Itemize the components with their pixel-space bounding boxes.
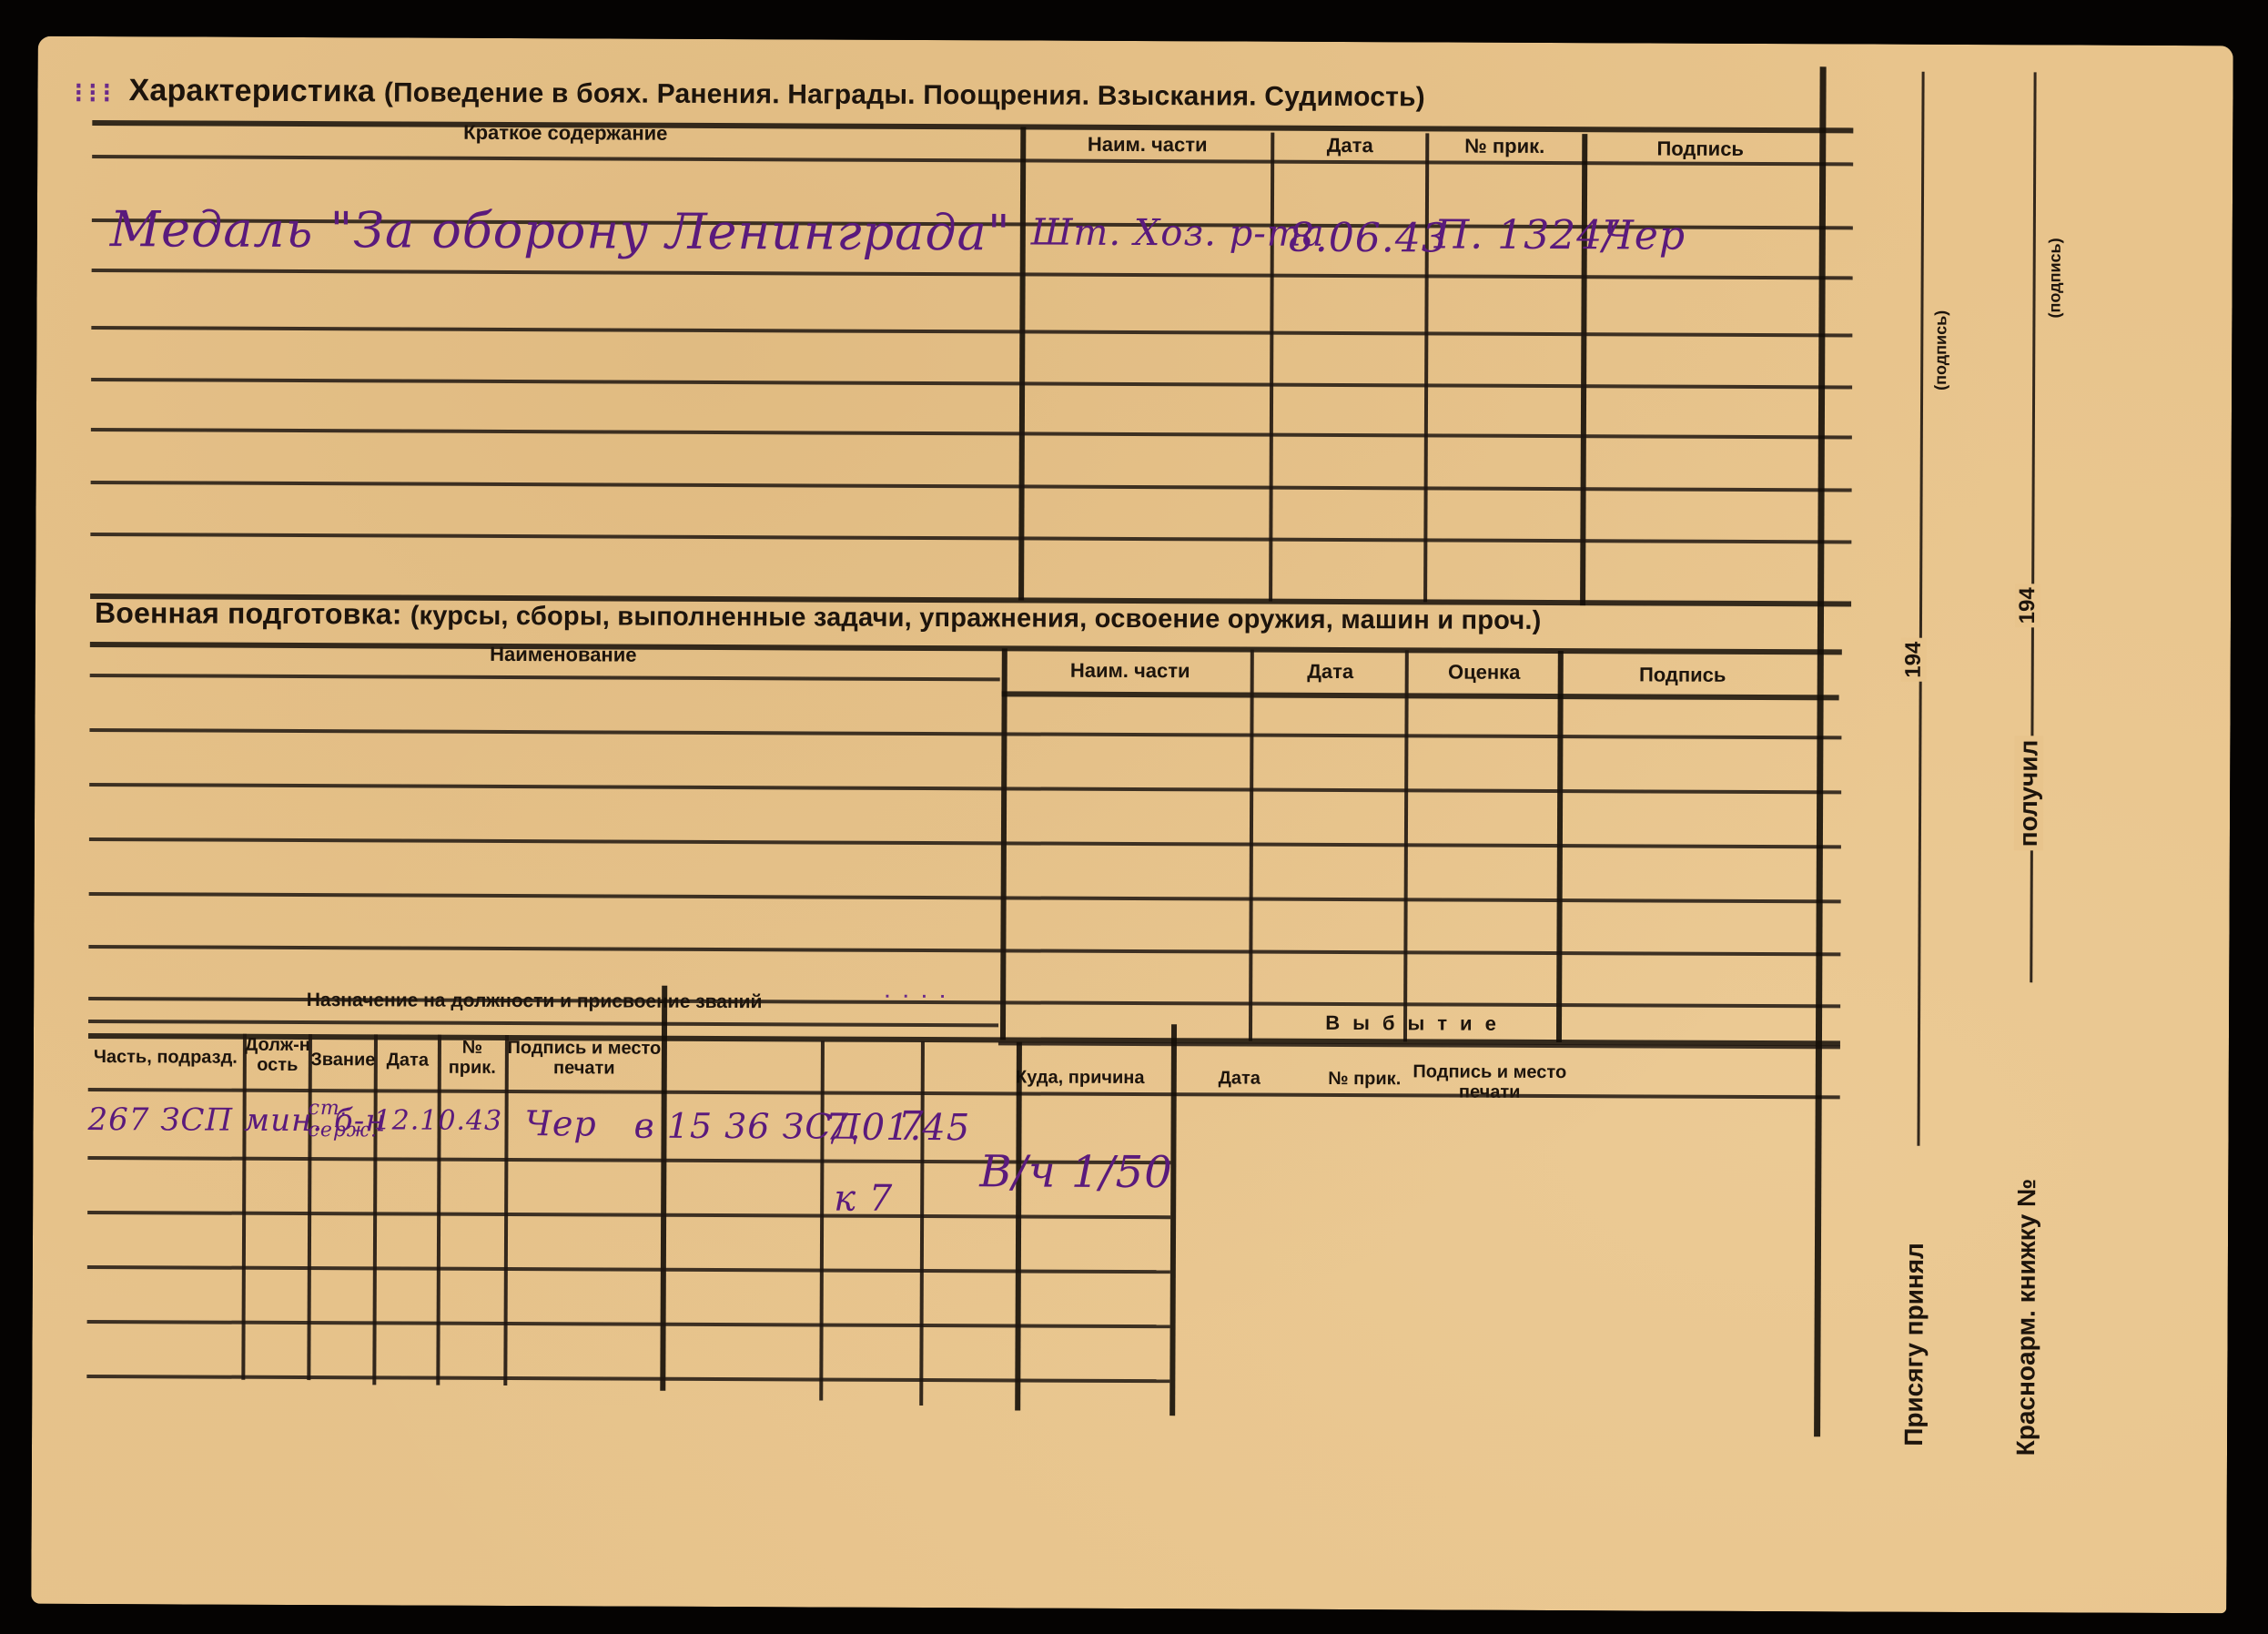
col-divider: [1018, 127, 1026, 600]
award-entry-signature: Чер: [1603, 212, 1686, 259]
col-header-signature-seal: Подпись и место печати: [507, 1038, 662, 1079]
award-entry-unit: Шт. Хоз. р-та: [1031, 212, 1325, 255]
characteristics-heading: Характеристика (Поведение в боях. Ранени…: [128, 73, 1425, 114]
col-divider: [1423, 133, 1429, 602]
oath-signature-line: [1917, 72, 1924, 1146]
col-divider: [1580, 134, 1587, 605]
col-header-position: Долж-ность: [245, 1035, 310, 1075]
oath-label: Присягу принял: [1899, 1243, 1929, 1446]
col-header-date: Дата: [1162, 1068, 1317, 1089]
col-header-summary: Краткое содержание: [201, 121, 929, 146]
col-divider: [819, 1041, 825, 1401]
col-divider: [503, 1035, 509, 1385]
row-rule: [91, 428, 1852, 439]
rule: [1002, 691, 1839, 700]
appointment-signature: Чер: [524, 1103, 596, 1143]
col-header-order: № прик.: [1427, 135, 1582, 157]
col-divider: [1015, 1041, 1022, 1410]
row-rule: [91, 378, 1852, 389]
oath-signature-hint: (подпись): [1931, 310, 1950, 391]
characteristics-subtitle: (Поведение в боях. Ранения. Награды. Поо…: [384, 77, 1425, 112]
col-divider: [1269, 133, 1274, 602]
row-rule: [91, 326, 1852, 337]
award-entry-content: Медаль "За оборону Ленинграда": [110, 200, 1011, 261]
row-rule: [87, 1265, 1170, 1274]
row-rule: [89, 783, 1841, 794]
col-header-date: Дата: [1253, 661, 1408, 684]
col-divider: [919, 1041, 925, 1406]
training-subtitle: (курсы, сборы, выполненные задачи, упраж…: [410, 602, 1542, 635]
col-divider: [307, 1034, 312, 1380]
row-rule: [86, 1375, 1169, 1383]
rule: [88, 1020, 998, 1027]
booklet-signature-hint: (подпись): [2045, 238, 2064, 318]
row-rule: [90, 533, 1851, 543]
col-divider: [1169, 1024, 1177, 1416]
ink-stamp-marks: ⁝⁝⁝: [74, 77, 116, 109]
row-rule: [87, 1320, 1170, 1328]
col-divider: [436, 1035, 441, 1385]
document-card: ⁝⁝⁝ Характеристика (Поведение в боях. Ра…: [31, 36, 2233, 1614]
col-header-name: Наименование: [199, 643, 927, 667]
col-header-date: Дата: [1272, 135, 1427, 157]
booklet-label: Красноарм. книжку №: [2011, 1179, 2041, 1456]
departure-order: 7: [897, 1103, 924, 1150]
col-header-unit: Наим. части: [1022, 133, 1272, 156]
col-header-date: Дата: [376, 1050, 440, 1070]
award-entry-date: 8.06.43: [1289, 215, 1448, 262]
training-heading: Военная подготовка: (курсы, сборы, выпол…: [95, 596, 1542, 636]
col-header-unit-subdivision: Часть, подразд.: [88, 1047, 243, 1068]
rule: [90, 674, 1000, 681]
side-divider: [1814, 66, 1827, 1436]
departure-signature: В/ч 1/50: [979, 1146, 1173, 1198]
row-rule: [89, 728, 1841, 739]
col-header-unit: Наим. части: [1007, 659, 1253, 682]
col-header-destination: Куда, причина: [998, 1067, 1162, 1088]
appointments-title: Назначение на должности и присвоение зва…: [88, 989, 980, 1014]
ink-marks: · · · ·: [885, 987, 949, 1008]
col-divider: [241, 1034, 247, 1380]
row-rule: [89, 837, 1841, 848]
booklet-year: 194: [2015, 584, 2040, 627]
row-rule: [87, 1211, 1170, 1219]
characteristics-title: Характеристика: [128, 73, 375, 108]
training-title: Военная подготовка:: [95, 596, 402, 630]
appointment-date: 12.10.43: [373, 1104, 502, 1137]
col-header-rank: Звание: [310, 1050, 376, 1070]
col-header-signature: Подпись: [1561, 664, 1805, 686]
col-header-order: № прик.: [440, 1038, 505, 1078]
col-divider: [660, 986, 667, 1391]
oath-year: 194: [1901, 638, 1927, 682]
row-rule: [89, 892, 1841, 903]
row-rule: [88, 945, 1840, 956]
appointment-rank: ст. серж.: [308, 1098, 371, 1142]
col-header-signature: Подпись: [1582, 137, 1818, 160]
row-rule: [92, 269, 1853, 279]
departure-title: Выбытие: [998, 1010, 1836, 1036]
col-header-grade: Оценка: [1408, 661, 1561, 684]
row-rule: [91, 481, 1852, 492]
award-entry-order: П. 1324/: [1434, 211, 1617, 259]
departure-order-2: к 7: [834, 1178, 893, 1220]
col-header-order: № прик.: [1317, 1069, 1412, 1089]
col-divider: [372, 1034, 378, 1385]
booklet-received-label: получил: [2014, 736, 2044, 851]
